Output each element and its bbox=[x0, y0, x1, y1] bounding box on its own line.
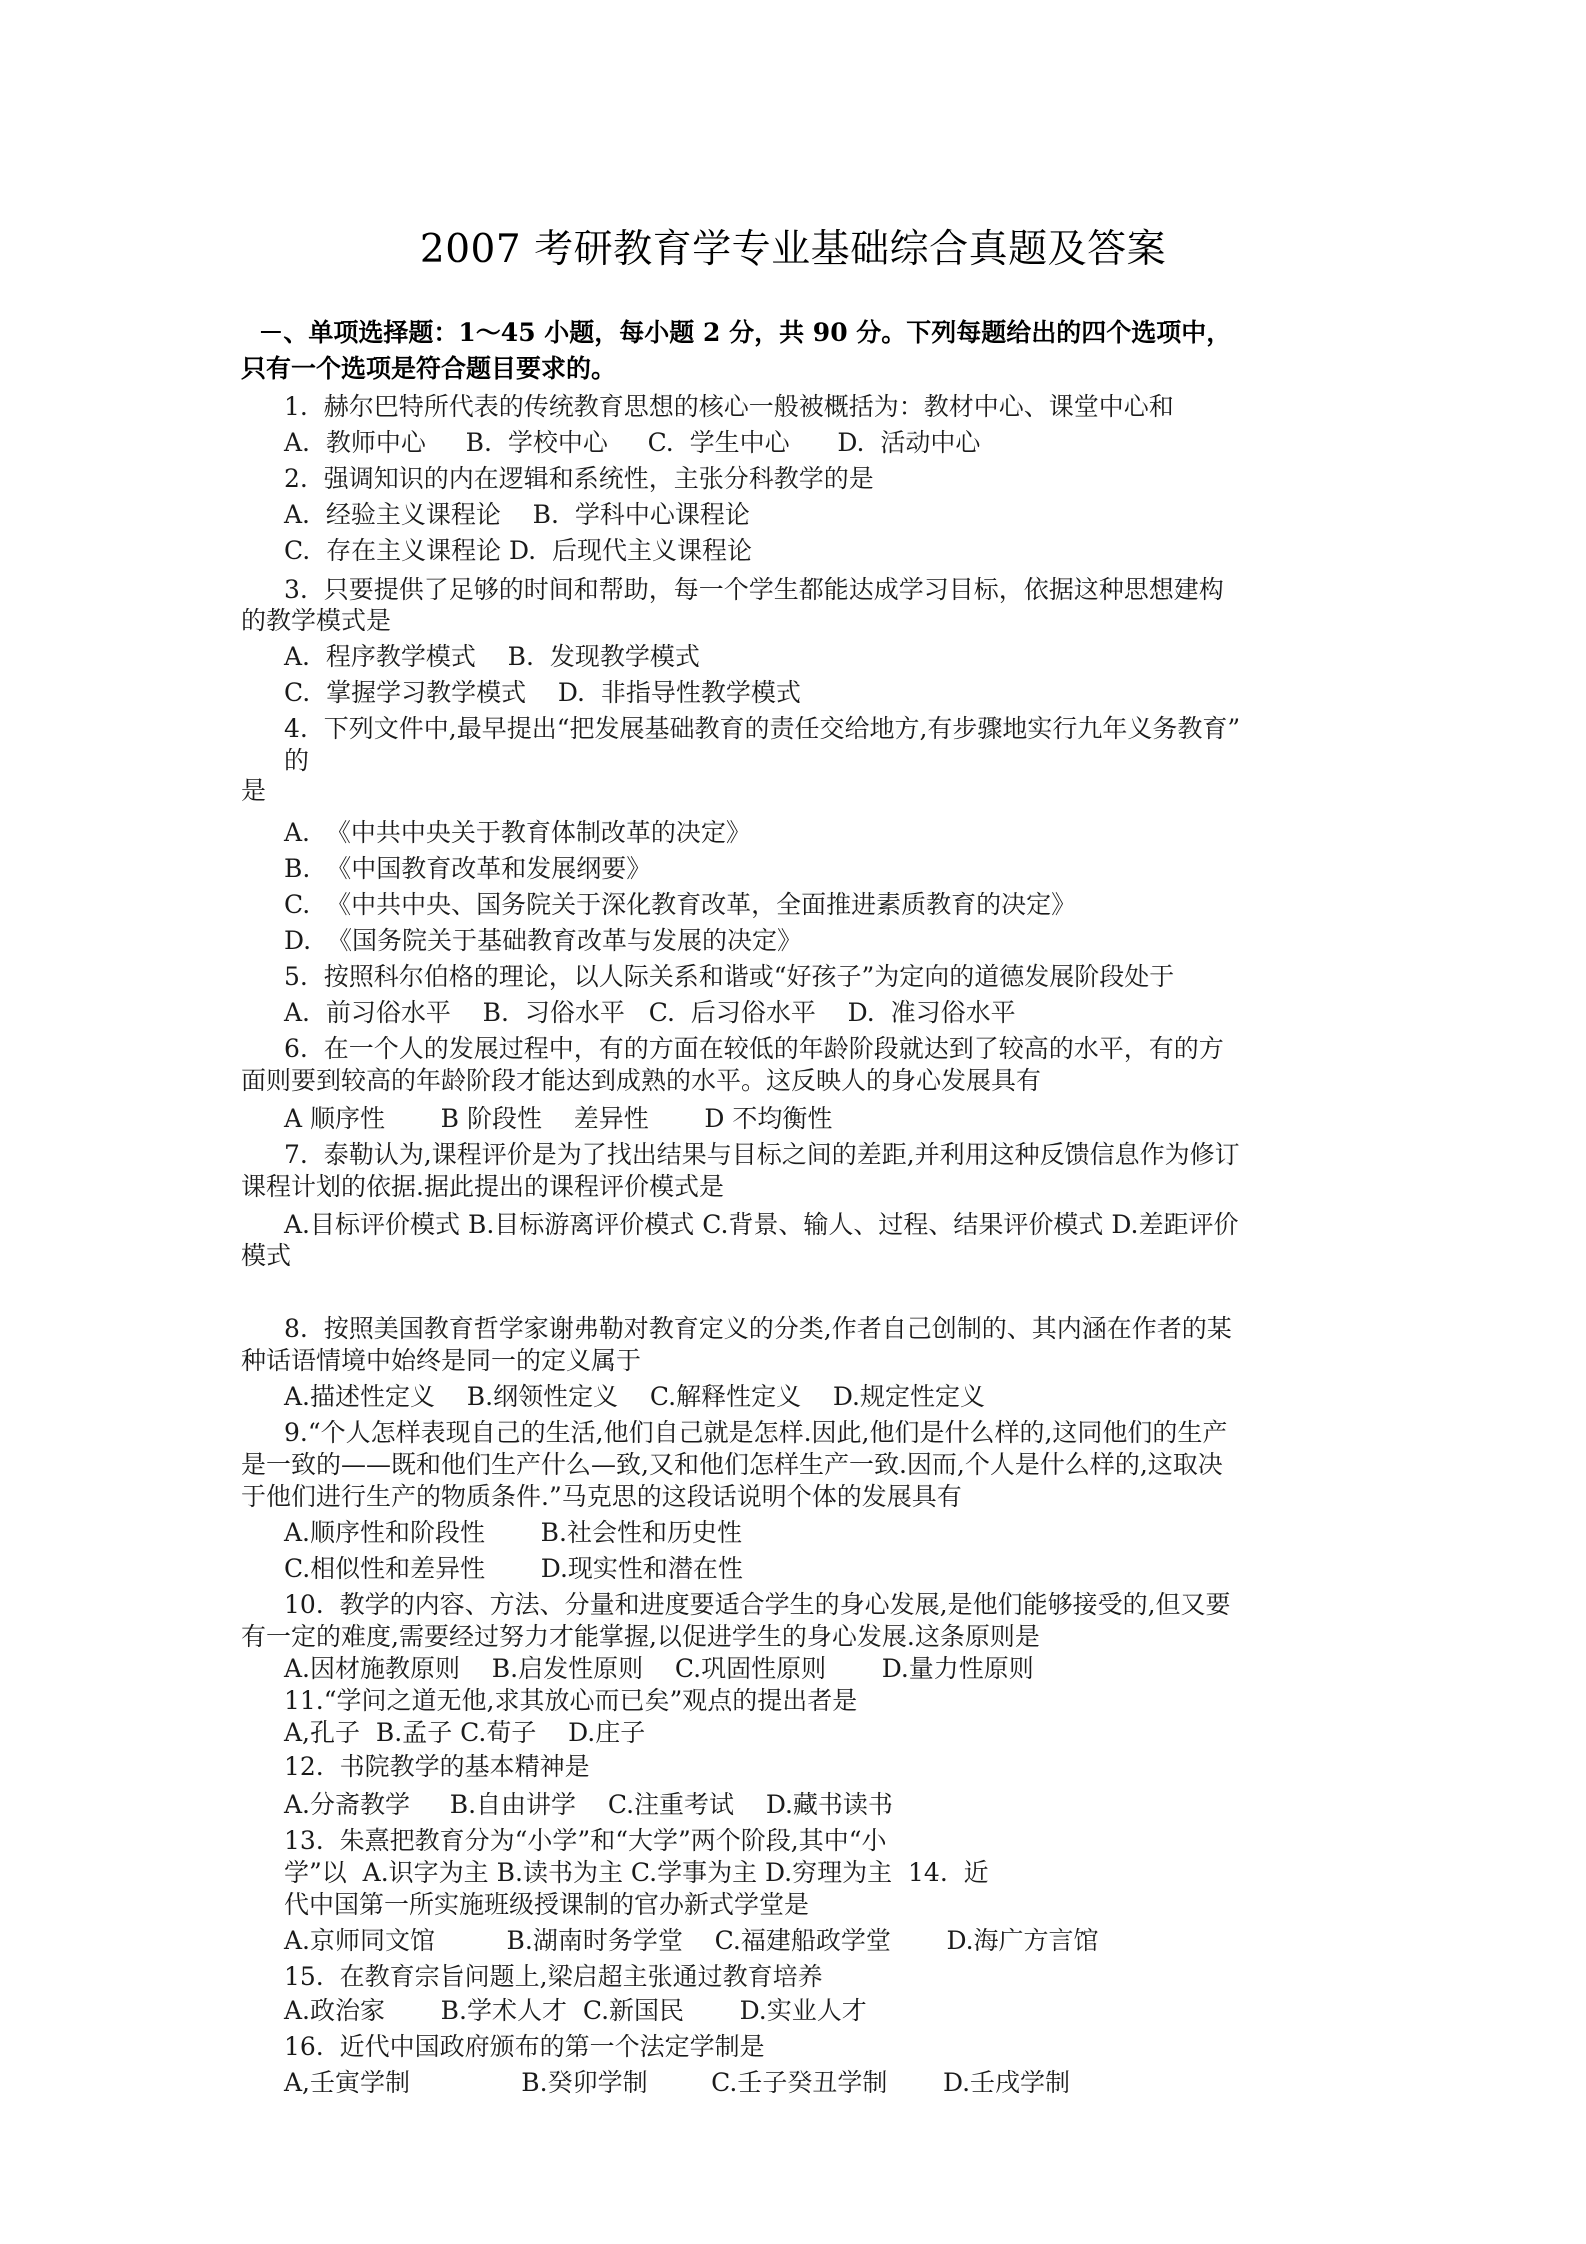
question-5-stem: 5. 按照科尔伯格的理论，以人际关系和谐或“好孩子”为定向的道德发展阶段处于 bbox=[284, 962, 1174, 992]
question-15-options: A.政治家 B.学术人才 C.新国民 D.实业人才 bbox=[284, 1996, 867, 2026]
question-5-options: A. 前习俗水平 B. 习俗水平 C. 后习俗水平 D. 准习俗水平 bbox=[284, 998, 1016, 1028]
question-14-options: A.京师同文馆 B.湖南时务学堂 C.福建船政学堂 D.海广方言馆 bbox=[284, 1926, 1099, 1956]
question-7-options-1: A.目标评价模式 B.目标游离评价模式 C.背景、输人、过程、结果评价模式 D.… bbox=[284, 1210, 1238, 1240]
question-2-stem: 2. 强调知识的内在逻辑和系统性，主张分科教学的是 bbox=[284, 464, 874, 494]
question-3-options-2: C. 掌握学习教学模式 D. 非指导性教学模式 bbox=[284, 678, 801, 708]
question-4-option-c: C. 《中共中央、国务院关于深化教育改革，全面推进素质教育的决定》 bbox=[284, 890, 1076, 920]
question-11-stem: 11.“学问之道无他,求其放心而已矣”观点的提出者是 bbox=[284, 1686, 857, 1716]
question-2-options-2: C. 存在主义课程论 D. 后现代主义课程论 bbox=[284, 536, 752, 566]
question-8-options: A.描述性定义 B.纲领性定义 C.解释性定义 D.规定性定义 bbox=[284, 1382, 985, 1412]
question-9-stem-3: 于他们进行生产的物质条件.”马克思的这段话说明个体的发展具有 bbox=[241, 1482, 962, 1512]
question-7-options-2: 模式 bbox=[241, 1241, 291, 1271]
question-3-stem-2: 的教学模式是 bbox=[241, 606, 391, 636]
question-10-options: A.因材施教原则 B.启发性原则 C.巩固性原则 D.量力性原则 bbox=[284, 1654, 1034, 1684]
question-6-options: A 顺序性 B 阶段性 差异性 D 不均衡性 bbox=[284, 1104, 832, 1134]
question-7-stem-1: 7. 泰勒认为,课程评价是为了找出结果与目标之间的差距,并利用这种反馈信息作为修… bbox=[284, 1140, 1240, 1170]
section-header-line-1: －、单项选择题：1～45 小题，每小题 2 分，共 90 分。下列每题给出的四个… bbox=[241, 318, 1231, 348]
question-7-stem-2: 课程计划的依据.据此提出的课程评价模式是 bbox=[241, 1172, 724, 1202]
question-11-options: A,孔子 B.孟子 C.荀子 D.庄子 bbox=[284, 1718, 645, 1748]
question-9-stem-2: 是一致的——既和他们生产什么—致,又和他们怎样生产一致.因而,个人是什么样的,这… bbox=[241, 1450, 1223, 1480]
question-8-stem-2: 种话语情境中始终是同一的定义属于 bbox=[241, 1346, 641, 1376]
question-12-stem: 12. 书院教学的基本精神是 bbox=[284, 1752, 590, 1782]
question-4-option-a: A. 《中共中央关于教育体制改革的决定》 bbox=[284, 818, 751, 848]
question-9-options-2: C.相似性和差异性 D.现实性和潜在性 bbox=[284, 1554, 743, 1584]
question-2-options-1: A. 经验主义课程论 B. 学科中心课程论 bbox=[284, 500, 750, 530]
question-4-option-b: B. 《中国教育改革和发展纲要》 bbox=[284, 854, 651, 884]
question-15-stem: 15. 在教育宗旨问题上,梁启超主张通过教育培养 bbox=[284, 1962, 823, 1992]
question-16-stem: 16. 近代中国政府颁布的第一个法定学制是 bbox=[284, 2032, 765, 2062]
question-13-stem-1: 13. 朱熹把教育分为“小学”和“大学”两个阶段,其中“小 bbox=[284, 1826, 887, 1856]
question-9-options-1: A.顺序性和阶段性 B.社会性和历史性 bbox=[284, 1518, 742, 1548]
question-10-stem-2: 有一定的难度,需要经过努力才能掌握,以促进学生的身心发展.这条原则是 bbox=[241, 1622, 1040, 1652]
question-8-stem-1: 8. 按照美国教育哲学家谢弗勒对教育定义的分类,作者自己创制的、其内涵在作者的某 bbox=[284, 1314, 1232, 1344]
question-1-options: A. 教师中心 B. 学校中心 C. 学生中心 D. 活动中心 bbox=[284, 428, 980, 458]
question-4-stem-3: 是 bbox=[241, 776, 266, 806]
section-header-line-2: 只有一个选项是符合题目要求的。 bbox=[241, 354, 616, 384]
question-9-stem-1: 9.“个人怎样表现自己的生活,他们自己就是怎样.因此,他们是什么样的,这同他们的… bbox=[284, 1418, 1227, 1448]
question-14-stem: 代中国第一所实施班级授课制的官办新式学堂是 bbox=[284, 1890, 809, 1920]
question-4-stem-2: 的 bbox=[284, 746, 309, 776]
document-page: 2007 考研教育学专业基础综合真题及答案 －、单项选择题：1～45 小题，每小… bbox=[0, 0, 1586, 2244]
question-12-options: A.分斋教学 B.自由讲学 C.注重考试 D.藏书读书 bbox=[284, 1790, 893, 1820]
question-3-stem-1: 3. 只要提供了足够的时间和帮助，每一个学生都能达成学习目标，依据这种思想建构 bbox=[284, 575, 1224, 605]
question-10-stem-1: 10. 教学的内容、方法、分量和进度要适合学生的身心发展,是他们能够接受的,但又… bbox=[284, 1590, 1231, 1620]
page-title: 2007 考研教育学专业基础综合真题及答案 bbox=[0, 218, 1586, 274]
question-4-option-d: D. 《国务院关于基础教育改革与发展的决定》 bbox=[284, 926, 802, 956]
question-16-options: A,壬寅学制 B.癸卯学制 C.壬子癸丑学制 D.壬戌学制 bbox=[284, 2068, 1070, 2098]
question-6-stem-2: 面则要到较高的年龄阶段才能达到成熟的水平。这反映人的身心发展具有 bbox=[241, 1066, 1041, 1096]
question-1-stem: 1. 赫尔巴特所代表的传统教育思想的核心一般被概括为：教材中心、课堂中心和 bbox=[284, 392, 1174, 422]
question-13-stem-2: 学”以 A.识字为主 B.读书为主 C.学事为主 D.穷理为主 14. 近 bbox=[284, 1858, 989, 1888]
question-3-options-1: A. 程序教学模式 B. 发现教学模式 bbox=[284, 642, 700, 672]
question-6-stem-1: 6. 在一个人的发展过程中，有的方面在较低的年龄阶段就达到了较高的水平，有的方 bbox=[284, 1034, 1224, 1064]
question-4-stem-1: 4. 下列文件中,最早提出“把发展基础教育的责任交给地方,有步骤地实行九年义务教… bbox=[284, 714, 1240, 744]
